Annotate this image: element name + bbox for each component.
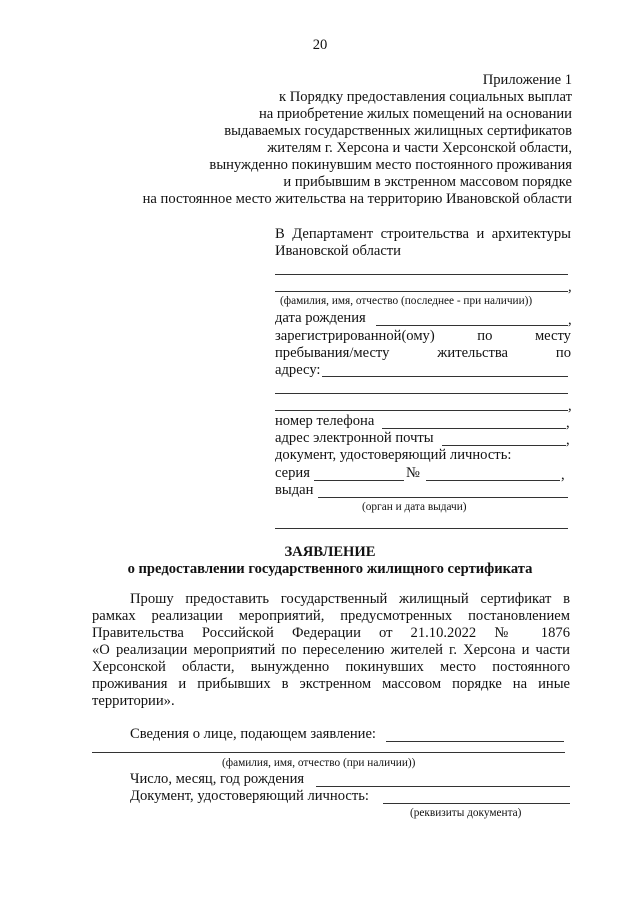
- body-line: Правительства Российской Федерации от 21…: [92, 625, 570, 642]
- appendix-header: Приложение 1 к Порядку предоставления со…: [143, 72, 572, 208]
- appendix-line: жителям г. Херсона и части Херсонской об…: [143, 140, 572, 157]
- page-number: 20: [0, 37, 640, 54]
- number-input-line[interactable]: [426, 480, 560, 481]
- issued-label: выдан: [275, 482, 313, 499]
- email-input-line[interactable]: [442, 445, 566, 446]
- body-line: проживания и прибывших в экстренном масс…: [92, 676, 570, 693]
- comma: ,: [561, 467, 565, 484]
- appendix-line: Приложение 1: [143, 72, 572, 89]
- comma: ,: [566, 415, 570, 432]
- doc-hint: (реквизиты документа): [410, 807, 521, 820]
- comma: ,: [566, 432, 570, 449]
- statement-body: Прошу предоставить государственный жилищ…: [92, 591, 570, 710]
- appendix-line: на приобретение жилых помещений на основ…: [143, 106, 572, 123]
- appendix-line: к Порядку предоставления социальных выпл…: [143, 89, 572, 106]
- addressee-line-2: Ивановской области: [275, 243, 401, 260]
- id-doc-label: документ, удостоверяющий личность:: [275, 447, 511, 464]
- appendix-line: вынужденно покинувшим место постоянного …: [143, 157, 572, 174]
- statement-subtitle: о предоставлении государственного жилищн…: [80, 561, 580, 578]
- statement-title: ЗАЯВЛЕНИЕ: [80, 544, 580, 561]
- applicant-label: Сведения о лице, подающем заявление:: [130, 726, 376, 743]
- email-label: адрес электронной почты: [275, 430, 434, 447]
- birth-input-line[interactable]: [316, 786, 570, 787]
- issued-input-line[interactable]: [318, 497, 568, 498]
- issued-input-line-2[interactable]: [275, 528, 568, 529]
- address-input-line-2[interactable]: [275, 393, 568, 394]
- phone-input-line[interactable]: [382, 428, 566, 429]
- address-input-line[interactable]: [322, 376, 568, 377]
- birth-date-input-line[interactable]: [376, 325, 568, 326]
- birth-label: Число, месяц, год рождения: [130, 771, 304, 788]
- appendix-line: на постоянное место жительства на террит…: [143, 191, 572, 208]
- body-line: рамках реализации мероприятий, предусмот…: [92, 608, 570, 625]
- appendix-line: и прибывшим в экстренном массовом порядк…: [143, 174, 572, 191]
- series-label: серия: [275, 465, 310, 482]
- appendix-line: выдаваемых государственных жилищных серт…: [143, 123, 572, 140]
- address-input-line-3[interactable]: [275, 410, 568, 411]
- comma: ,: [568, 398, 572, 415]
- doc-label: Документ, удостоверяющий личность:: [130, 788, 369, 805]
- word: месту: [535, 328, 571, 345]
- series-input-line[interactable]: [314, 480, 404, 481]
- body-line: Прошу предоставить государственный жилищ…: [92, 591, 570, 608]
- number-sign: №: [406, 465, 420, 482]
- word: зарегистрированной(ому): [275, 328, 435, 345]
- comma: ,: [568, 312, 572, 329]
- word: пребывания/месту: [275, 345, 389, 362]
- applicant-input-line-2[interactable]: [92, 752, 565, 753]
- stay-line: пребывания/месту жительства по: [275, 345, 571, 362]
- body-line: «О реализации мероприятий по переселению…: [92, 642, 570, 659]
- applicant-input-line[interactable]: [386, 741, 564, 742]
- applicant-hint: (фамилия, имя, отчество (при наличии)): [222, 757, 415, 770]
- word: по: [556, 345, 571, 362]
- addressee-line-1: В Департамент строительства и архитектур…: [275, 226, 571, 243]
- word: по: [477, 328, 492, 345]
- blank-line[interactable]: [275, 274, 568, 275]
- phone-label: номер телефона: [275, 413, 374, 430]
- registered-line: зарегистрированной(ому) по месту: [275, 328, 571, 345]
- issued-hint: (орган и дата выдачи): [362, 501, 467, 514]
- body-line: территории».: [92, 693, 570, 710]
- address-label: адресу:: [275, 362, 320, 379]
- birth-date-label: дата рождения: [275, 310, 366, 327]
- fio-hint: (фамилия, имя, отчество (последнее - при…: [280, 295, 532, 308]
- comma: ,: [568, 279, 572, 296]
- body-line: Херсонской области, вынужденно покинувши…: [92, 659, 570, 676]
- word: жительства: [437, 345, 508, 362]
- doc-input-line[interactable]: [383, 803, 570, 804]
- fio-input-line[interactable]: [275, 291, 568, 292]
